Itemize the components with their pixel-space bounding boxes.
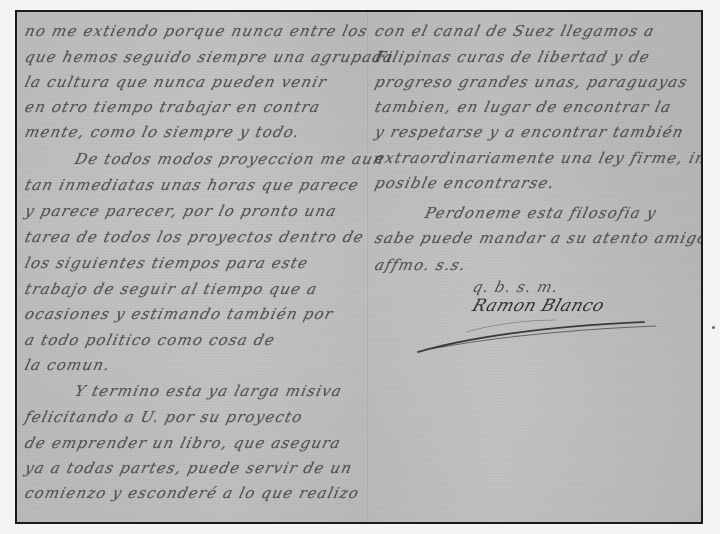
signature: Ramon Blanco (461, 296, 661, 366)
text-line: tarea de todos los proyectos dentro de (23, 228, 366, 246)
text-line: Y termino esta ya larga misiva (23, 382, 344, 400)
letter-sheet: no me extiendo porque nunca entre los qu… (15, 10, 703, 524)
closing-formula: q. b. s. m. (471, 278, 561, 296)
text-line: de emprender un libro, que asegura (23, 434, 343, 452)
text-line: y parece parecer, por lo pronto una (23, 202, 339, 220)
text-line: mente, como lo siempre y todo. (23, 123, 302, 141)
text-line: tambien, en lugar de encontrar la (373, 98, 674, 116)
text-line: felicitando a U. por su proyecto (23, 408, 305, 426)
text-line: De todos modos proyeccion me aun (23, 150, 386, 168)
text-line: la cultura que nunca pueden venir (23, 73, 329, 91)
text-line: en otro tiempo trabajar en contra (23, 98, 323, 116)
text-line: ya a todas partes, puede servir de un (23, 459, 355, 477)
text-line: y respetarse y a encontrar también (373, 123, 686, 141)
text-line: affmo. s.s. (373, 256, 468, 274)
text-line: a todo politico como cosa de (23, 331, 277, 349)
text-line: que hemos seguido siempre una agrupada (23, 48, 396, 66)
text-line: posible encontrarse. (373, 174, 557, 192)
text-line: comienzo y esconderé a lo que realizo (23, 484, 362, 502)
text-line: trabajo de seguir al tiempo que a (23, 280, 320, 298)
text-line: sabe puede mandar a su atento amigo (373, 229, 703, 247)
right-page: con el canal de Suez llegamos a Filipina… (373, 16, 699, 516)
text-line: ocasiones y estimando también por (23, 305, 336, 323)
text-line: Perdoneme esta filosofia y (373, 204, 659, 222)
text-line: no me extiendo porque nunca entre los (23, 22, 370, 40)
page-fold (367, 12, 368, 522)
text-line: tan inmediatas unas horas que parece (23, 176, 361, 194)
margin-mark (712, 326, 715, 329)
text-line: los siguientes tiempos para este (23, 254, 311, 272)
text-line: Filipinas curas de libertad y de (373, 48, 652, 66)
text-line: extraordinariamente una ley firme, in- (373, 149, 703, 167)
left-page: no me extiendo porque nunca entre los qu… (23, 16, 363, 516)
text-line: con el canal de Suez llegamos a (373, 22, 657, 40)
signature-flourish-icon (406, 308, 666, 358)
text-line: la comun. (23, 356, 113, 374)
text-line: progreso grandes unas, paraguayas (373, 73, 690, 91)
